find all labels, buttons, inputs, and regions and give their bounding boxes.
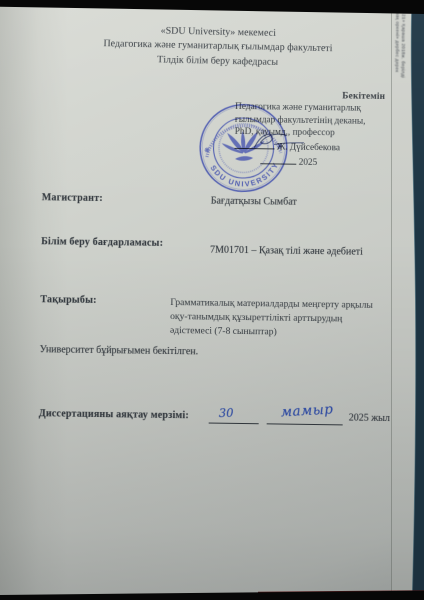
master-value: Бағдатқызы Сымбат (211, 196, 297, 208)
tulip-emblem-icon (221, 130, 266, 162)
sdu-university-stamp: SDU UNIVERSITY (194, 98, 293, 197)
topic-value: Грамматикалық материалдарды меңгерту арқ… (170, 296, 397, 341)
blank-underline (267, 423, 343, 425)
deadline-label: Диссертацияны аяқтау мерзімі: (39, 408, 189, 421)
blank-underline (209, 423, 259, 425)
program-value: 7M01701 – Қазақ тілі және әдебиеті (210, 245, 363, 258)
topic-line-3: әдістемесі (7-8 сыныптар) (170, 324, 396, 341)
document-header: «SDU University» мекемесі Педагогика жән… (23, 21, 412, 72)
deadline-year: 2025 жыл (349, 412, 390, 424)
svg-text:SDU UNIVERSITY: SDU UNIVERSITY (208, 160, 282, 191)
master-label: Магистрант: (42, 192, 103, 204)
approval-year: 2025 (299, 158, 318, 168)
program-label: Білім беру бағдарламасы: (41, 236, 163, 249)
stamp-ring-text: SDU UNIVERSITY (208, 160, 282, 191)
photo-frame: «SDU University» мекемесі Педагогика жән… (0, 0, 424, 600)
book-edge-strip (406, 0, 424, 600)
deadline-month-handwritten: мамыр (280, 401, 333, 420)
deadline-day-handwritten: 30 (219, 406, 234, 420)
document-page: «SDU University» мекемесі Педагогика жән… (0, 0, 424, 600)
adjacent-page-vertical-text: «Қазақ оркені» дербес дерек (395, 4, 401, 72)
topic-label: Тақырыбы: (40, 294, 96, 306)
note-text: Университет бұйрығымен бекітілген. (40, 344, 199, 357)
document-content: «SDU University» мекемесі Педагогика жән… (0, 0, 424, 600)
